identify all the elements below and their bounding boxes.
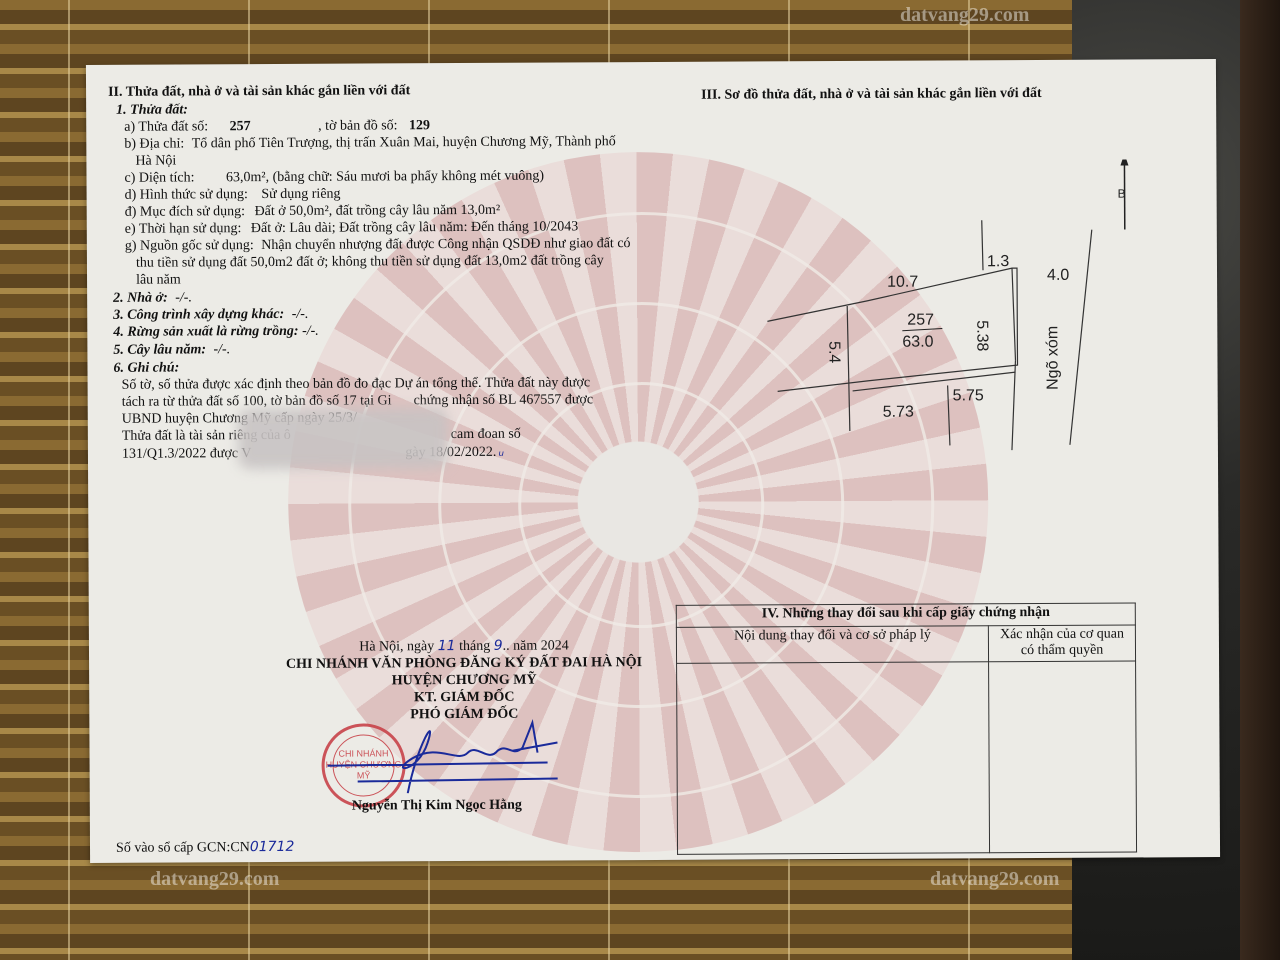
- origin-line2: thu tiền sử dụng đất 50,0m2 đất ở; không…: [136, 253, 604, 271]
- dim-road-width: 4.0: [1047, 267, 1069, 284]
- signature-scribble: [317, 702, 577, 793]
- section-4-title: IV. Những thay đổi sau khi cấp giấy chứn…: [676, 603, 1135, 627]
- parcel-number-label: 257: [907, 312, 934, 329]
- watermark: datvang29.com: [150, 868, 279, 891]
- note-line: Số tờ, số thửa được xác định theo bản đồ…: [122, 375, 591, 393]
- address-value: Tổ dân phố Tiên Trượng, thị trấn Xuân Ma…: [192, 134, 616, 151]
- perennial-trees-row: 5. Cây lâu năm: -/-.: [113, 342, 230, 359]
- area-value: 63,0m², (bằng chữ: Sáu mươi ba phẩy khôn…: [226, 169, 544, 186]
- notes-heading: 6. Ghi chú:: [113, 360, 179, 376]
- origin-row: g) Nguồn gốc sử dụng: Nhận chuyển nhượng…: [125, 236, 631, 255]
- issue-month: 9: [494, 638, 503, 654]
- section-3-title: III. Sơ đồ thửa đất, nhà ở và tài sản kh…: [701, 86, 1042, 104]
- confirmation-cell: [989, 661, 1137, 853]
- road-label: Ngõ xóm: [1044, 326, 1061, 390]
- map-sheet-number: 129: [409, 118, 430, 133]
- registry-number: Số vào sổ cấp GCN:CN01712: [116, 839, 294, 857]
- land-certificate-page: II. Thửa đất, nhà ở và tài sản khác gắn …: [86, 59, 1220, 863]
- dim-left: 5.4: [825, 341, 842, 363]
- signer-name: Nguyễn Thị Kim Ngọc Hằng: [352, 798, 522, 815]
- parcel-number-row: a) Thửa đất số: 257 , tờ bản đồ số: 129: [124, 118, 430, 136]
- col-change-content: Nội dung thay đổi và cơ sở pháp lý: [676, 626, 988, 664]
- dim-bottom-right: 5.75: [953, 387, 984, 404]
- area-row: c) Diện tích: 63,0m², (bằng chữ: Sáu mươ…: [124, 169, 544, 187]
- dim-top: 10.7: [887, 274, 918, 291]
- planted-forest-row: 4. Rừng sản xuất là rừng trồng: -/-.: [113, 324, 319, 341]
- section-2-title: II. Thửa đất, nhà ở và tài sản khác gắn …: [108, 83, 410, 101]
- dim-right: 5.38: [973, 320, 990, 351]
- house-row: 2. Nhà ở: -/-.: [113, 290, 192, 306]
- address-line2: Hà Nội: [135, 153, 176, 169]
- address-row: b) Địa chỉ: Tổ dân phố Tiên Trượng, thị …: [124, 134, 616, 153]
- watermark: datvang29.com: [900, 4, 1029, 27]
- issuing-org: CHI NHÁNH VĂN PHÒNG ĐĂNG KÝ ĐẤT ĐAI HÀ N…: [259, 654, 669, 673]
- issuing-district: HUYỆN CHƯƠNG MỸ: [259, 671, 669, 690]
- issue-date: Hà Nội, ngày 11 tháng 9.. năm 2024: [259, 637, 669, 656]
- origin-line3: lâu năm: [136, 272, 181, 288]
- parcel-number: 257: [230, 119, 251, 134]
- parcel-heading: 1. Thửa đất:: [116, 102, 188, 118]
- change-content-cell: [677, 662, 990, 855]
- dim-top-right: 1.3: [987, 253, 1009, 270]
- north-arrow-label: B: [1118, 187, 1126, 201]
- drum-ring: [518, 381, 765, 628]
- dim-bottom-left: 5.73: [883, 404, 914, 421]
- issue-day: 11: [438, 638, 456, 654]
- parcel-area-label: 63.0: [902, 334, 933, 351]
- redacted-area: [238, 408, 448, 469]
- other-construction-row: 3. Công trình xây dựng khác: -/-.: [113, 307, 308, 324]
- usage-purpose-row: đ) Mục đích sử dụng: Đất ở 50,0m², đất t…: [125, 203, 501, 221]
- changes-table: IV. Những thay đổi sau khi cấp giấy chứn…: [676, 602, 1137, 854]
- watermark: datvang29.com: [930, 868, 1059, 891]
- col-authority-confirmation: Xác nhận của cơ quan có thẩm quyền: [988, 625, 1135, 662]
- usage-form-row: d) Hình thức sử dụng: Sử dụng riêng: [125, 187, 341, 204]
- usage-term-row: e) Thời hạn sử dụng: Đất ở: Lâu dài; Đất…: [125, 219, 579, 237]
- parcel-diagram: B 10.7 1.3 4.0 257 63.0 5.38 5.4 5.73 5.…: [766, 159, 1148, 491]
